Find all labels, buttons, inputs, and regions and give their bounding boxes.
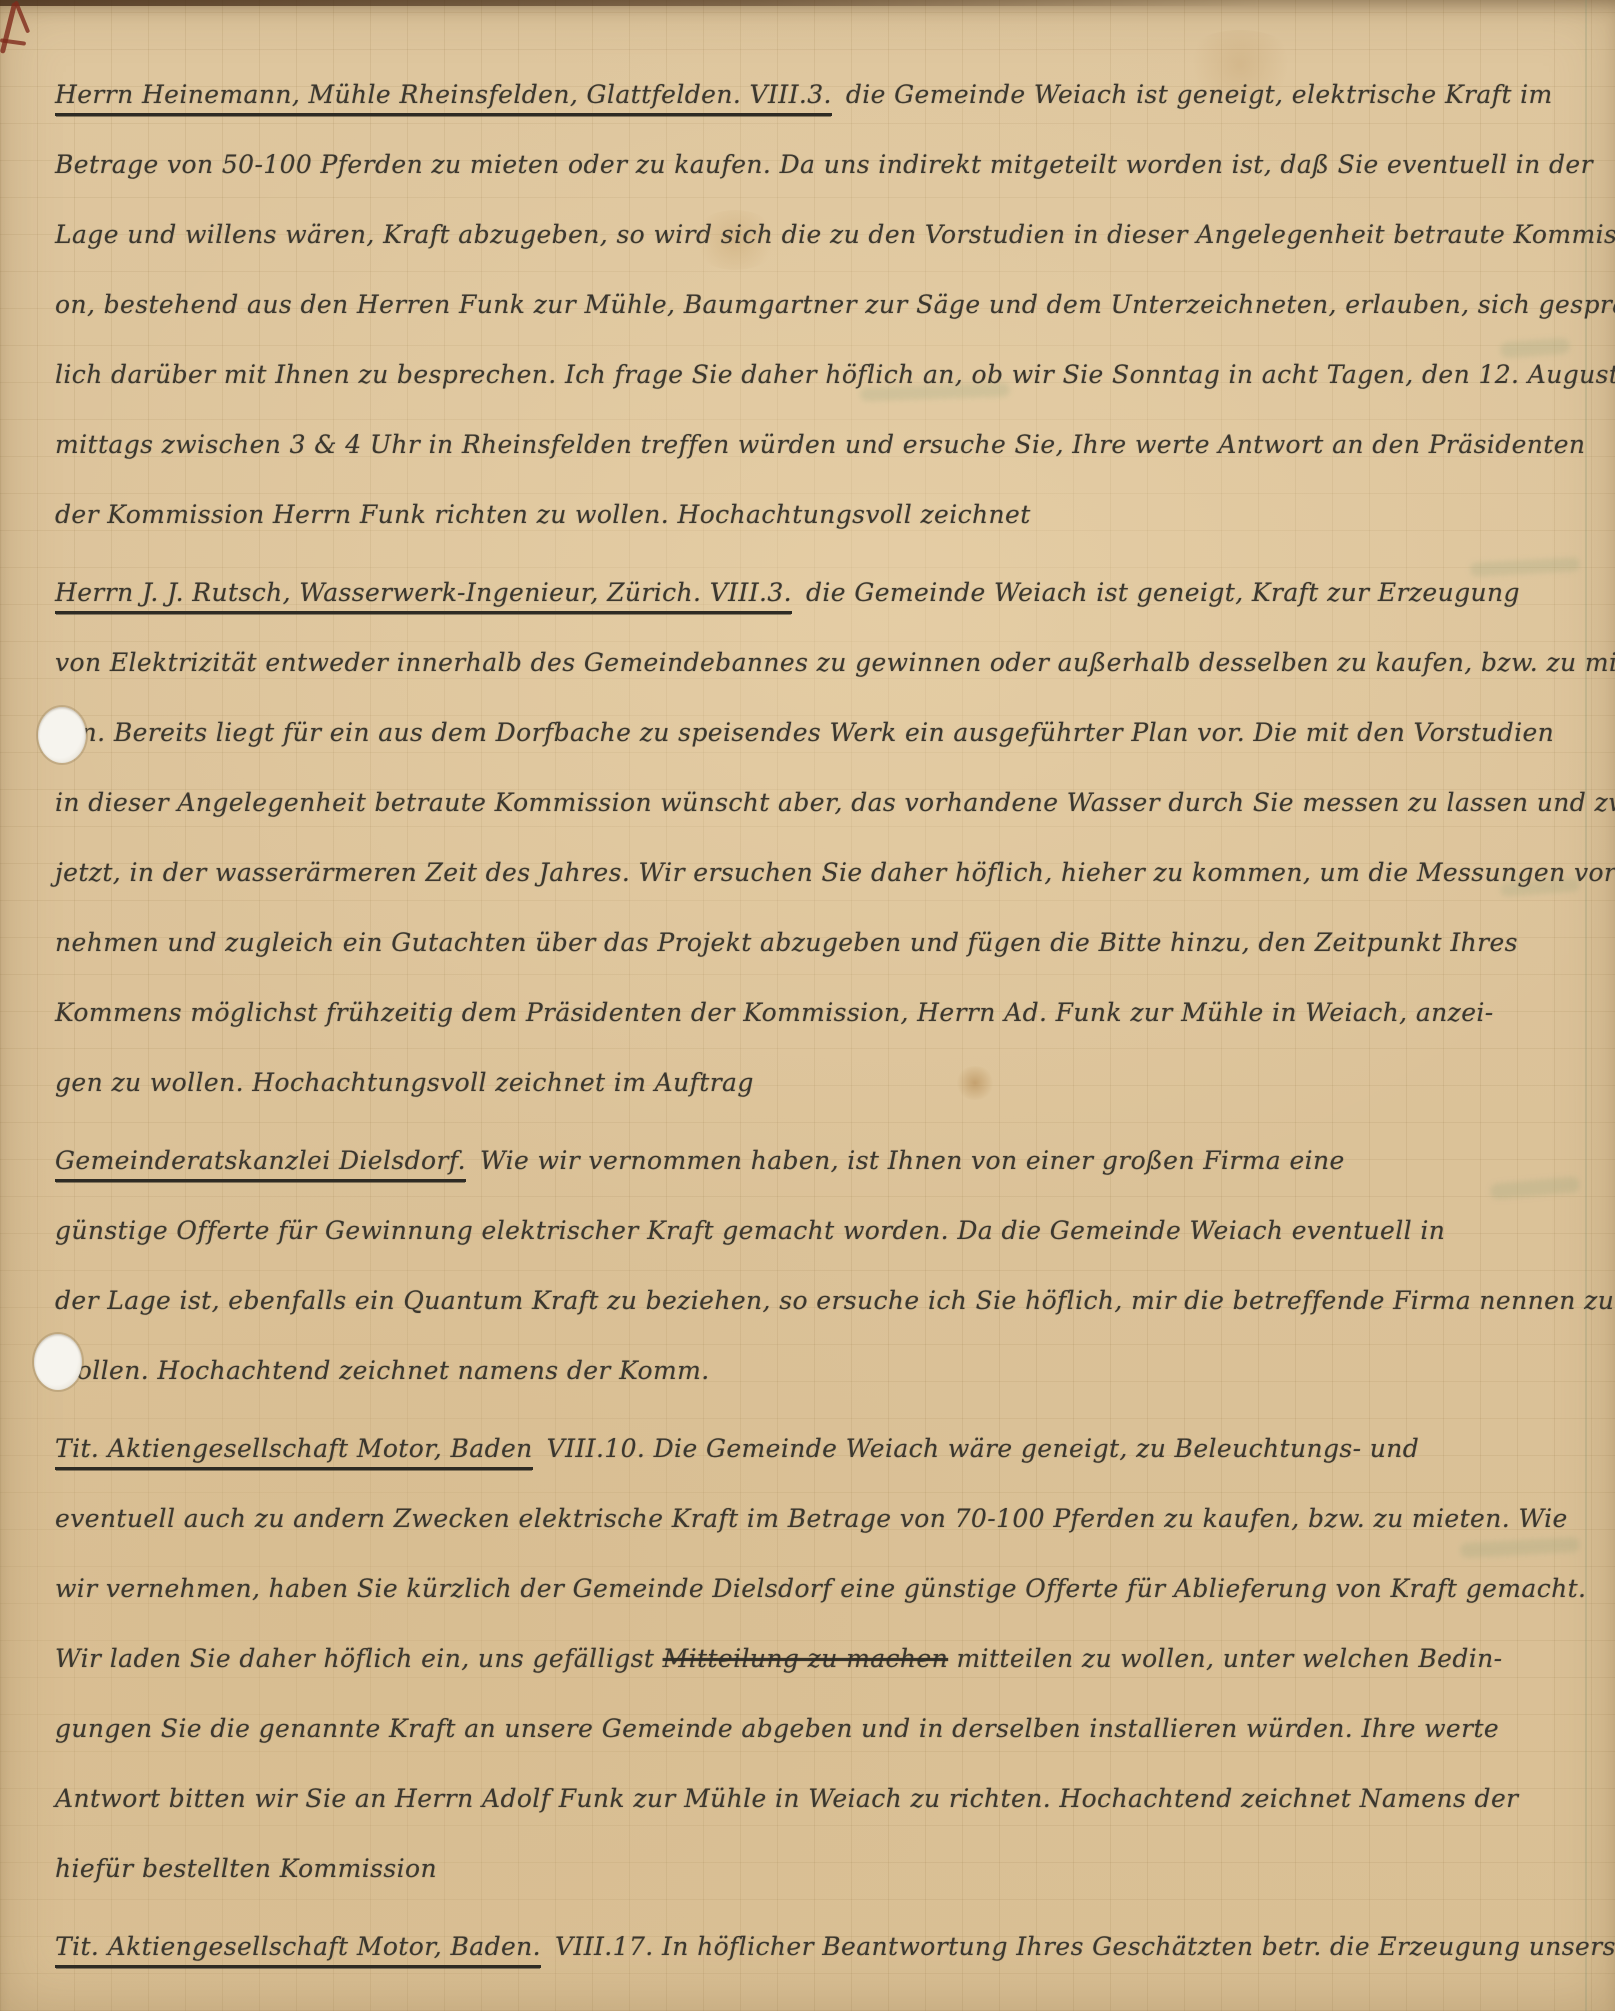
text-segment: Kommens möglichst frühzeitig dem Präside… (55, 998, 1494, 1027)
text-segment: on, bestehend aus den Herren Funk zur Mü… (55, 290, 1615, 319)
handwritten-text-line: eventuell auch zu andern Zwecken elektri… (55, 1484, 1495, 1554)
text-segment: jetzt, in der wasserärmeren Zeit des Jah… (55, 858, 1615, 887)
entry-heading-underlined: Gemeinderatskanzlei Dielsdorf. (55, 1146, 466, 1182)
text-segment: gen zu wollen. Hochachtungsvoll zeichnet… (55, 1068, 754, 1097)
handwritten-text-line: Herrn J. J. Rutsch, Wasserwerk-Ingenieur… (55, 558, 1495, 628)
letter-entry: Tit. Aktiengesellschaft Motor, Baden.VII… (55, 1912, 1495, 1982)
text-segment: von Elektrizität entweder innerhalb des … (55, 648, 1615, 677)
text-segment: die Gemeinde Weiach ist geneigt, Kraft z… (806, 578, 1520, 607)
text-segment: der Lage ist, ebenfalls ein Quantum Kraf… (55, 1286, 1614, 1315)
handwritten-text-line: gen zu wollen. Hochachtungsvoll zeichnet… (55, 1048, 1495, 1118)
handwritten-text-line: Tit. Aktiengesellschaft Motor, BadenVIII… (55, 1414, 1495, 1484)
text-segment: Wir laden Sie daher höflich ein, uns gef… (55, 1644, 663, 1673)
handwritten-text-line: Gemeinderatskanzlei Dielsdorf.Wie wir ve… (55, 1126, 1495, 1196)
text-segment: mitteilen zu wollen, unter welchen Bedin… (948, 1644, 1502, 1673)
text-segment: VIII.17. In höflicher Beantwortung Ihres… (555, 1932, 1615, 1961)
handwritten-text-line: Lage und willens wären, Kraft abzugeben,… (55, 200, 1495, 270)
handwritten-text-line: in dieser Angelegenheit betraute Kommiss… (55, 768, 1495, 838)
handwritten-text-line: hiefür bestellten Kommission (55, 1834, 1495, 1904)
text-segment: wir vernehmen, haben Sie kürzlich der Ge… (55, 1574, 1586, 1603)
letter-body: Herrn Heinemann, Mühle Rheinsfelden, Gla… (0, 0, 1615, 2011)
scanned-letterbook-page: Herrn Heinemann, Mühle Rheinsfelden, Gla… (0, 0, 1615, 2011)
text-segment: eventuell auch zu andern Zwecken elektri… (55, 1504, 1568, 1533)
text-segment: günstige Offerte für Gewinnung elektrisc… (55, 1216, 1445, 1245)
entry-heading-underlined: Tit. Aktiengesellschaft Motor, Baden (55, 1434, 533, 1470)
punch-hole (38, 707, 86, 763)
text-segment: ten. Bereits liegt für ein aus dem Dorfb… (55, 718, 1554, 747)
text-segment: hiefür bestellten Kommission (55, 1854, 437, 1883)
handwritten-text-line: wir vernehmen, haben Sie kürzlich der Ge… (55, 1554, 1495, 1624)
text-segment: die Gemeinde Weiach ist geneigt, elektri… (846, 80, 1553, 109)
handwritten-text-line: on, bestehend aus den Herren Funk zur Mü… (55, 270, 1495, 340)
handwritten-text-line: mittags zwischen 3 & 4 Uhr in Rheinsfeld… (55, 410, 1495, 480)
handwritten-text-line: Kommens möglichst frühzeitig dem Präside… (55, 978, 1495, 1048)
handwritten-text-line: lich darüber mit Ihnen zu besprechen. Ic… (55, 340, 1495, 410)
text-segment: mittags zwischen 3 & 4 Uhr in Rheinsfeld… (55, 430, 1585, 459)
entry-heading-underlined: Herrn J. J. Rutsch, Wasserwerk-Ingenieur… (55, 578, 792, 614)
letter-entry: Gemeinderatskanzlei Dielsdorf.Wie wir ve… (55, 1126, 1495, 1406)
handwritten-text-line: Tit. Aktiengesellschaft Motor, Baden.VII… (55, 1912, 1495, 1982)
letter-entry: Herrn Heinemann, Mühle Rheinsfelden, Gla… (55, 60, 1495, 550)
text-segment: Lage und willens wären, Kraft abzugeben,… (55, 220, 1615, 249)
handwritten-text-line: Betrage von 50-100 Pferden zu mieten ode… (55, 130, 1495, 200)
handwritten-text-line: wollen. Hochachtend zeichnet namens der … (55, 1336, 1495, 1406)
handwritten-text-line: von Elektrizität entweder innerhalb des … (55, 628, 1495, 698)
entry-heading-underlined: Tit. Aktiengesellschaft Motor, Baden. (55, 1932, 541, 1968)
handwritten-text-line: Herrn Heinemann, Mühle Rheinsfelden, Gla… (55, 60, 1495, 130)
text-segment: der Kommission Herrn Funk richten zu wol… (55, 500, 1031, 529)
text-segment: Betrage von 50-100 Pferden zu mieten ode… (55, 150, 1593, 179)
handwritten-text-line: der Kommission Herrn Funk richten zu wol… (55, 480, 1495, 550)
text-segment: VIII.10. Die Gemeinde Weiach wäre geneig… (547, 1434, 1420, 1463)
struck-out-text: Mitteilung zu machen (663, 1644, 948, 1673)
handwritten-text-line: ten. Bereits liegt für ein aus dem Dorfb… (55, 698, 1495, 768)
text-segment: Antwort bitten wir Sie an Herrn Adolf Fu… (55, 1784, 1519, 1813)
handwritten-text-line: Antwort bitten wir Sie an Herrn Adolf Fu… (55, 1764, 1495, 1834)
handwritten-text-line: Wir laden Sie daher höflich ein, uns gef… (55, 1624, 1495, 1694)
handwritten-text-line: jetzt, in der wasserärmeren Zeit des Jah… (55, 838, 1495, 908)
letter-entry: Tit. Aktiengesellschaft Motor, BadenVIII… (55, 1414, 1495, 1904)
punch-hole (34, 1334, 82, 1390)
handwritten-text-line: der Lage ist, ebenfalls ein Quantum Kraf… (55, 1266, 1495, 1336)
text-segment: lich darüber mit Ihnen zu besprechen. Ic… (55, 360, 1615, 389)
letter-entry: Herrn J. J. Rutsch, Wasserwerk-Ingenieur… (55, 558, 1495, 1118)
text-segment: gungen Sie die genannte Kraft an unsere … (55, 1714, 1499, 1743)
text-segment: wollen. Hochachtend zeichnet namens der … (55, 1356, 710, 1385)
text-segment: nehmen und zugleich ein Gutachten über d… (55, 928, 1518, 957)
handwritten-text-line: gungen Sie die genannte Kraft an unsere … (55, 1694, 1495, 1764)
text-segment: in dieser Angelegenheit betraute Kommiss… (55, 788, 1615, 817)
handwritten-text-line: nehmen und zugleich ein Gutachten über d… (55, 908, 1495, 978)
handwritten-text-line: günstige Offerte für Gewinnung elektrisc… (55, 1196, 1495, 1266)
text-segment: Wie wir vernommen haben, ist Ihnen von e… (480, 1146, 1345, 1175)
entry-heading-underlined: Herrn Heinemann, Mühle Rheinsfelden, Gla… (55, 80, 832, 116)
